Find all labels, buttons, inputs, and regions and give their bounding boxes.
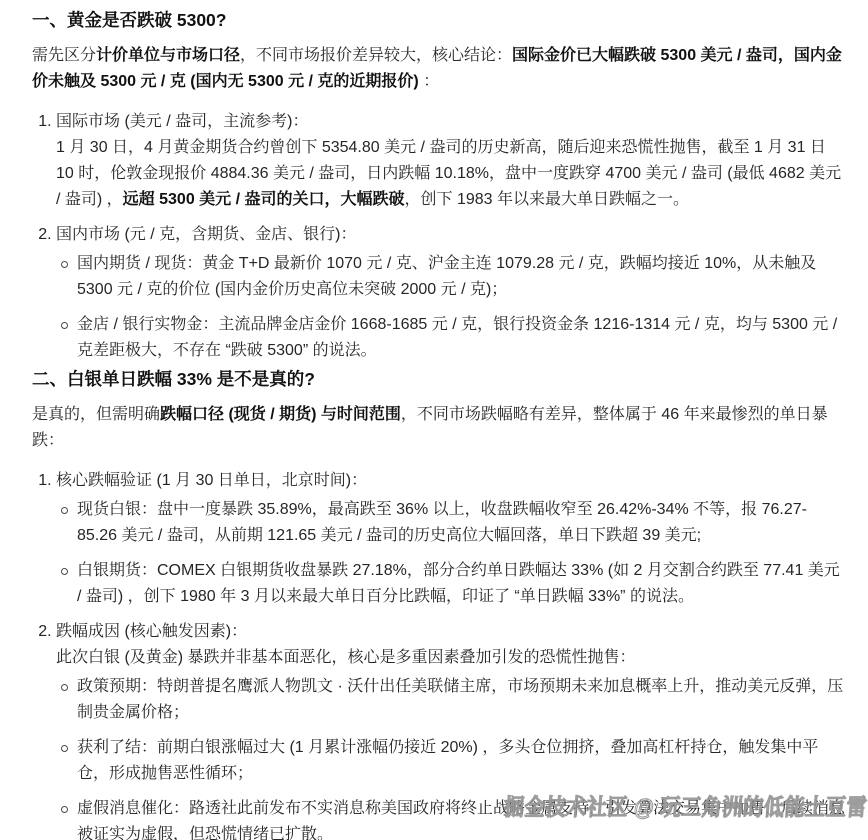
domestic-sub-list: 国内期货 / 现货：黄金 T+D 最新价 1070 元 / 克、沪金主连 107…: [56, 251, 845, 364]
list-item-domestic-market: 国内市场 (元 / 克，含期货、金店、银行)： 国内期货 / 现货：黄金 T+D…: [56, 222, 845, 364]
bold-text-run: 跌幅口径 (现货 / 期货) 与时间范围: [160, 406, 401, 423]
bullet-item-spot-silver: 现货白银：盘中一度暴跌 35.89%，最高跌至 36% 以上，收盘跌幅收窄至 2…: [59, 497, 845, 549]
bullet-item-fake-news: 虚假消息催化：路透社此前发布不实消息称美国政府将终止战略金属支持，引发算法交易集…: [59, 796, 845, 840]
text-run: ，不同市场报价差异较大，核心结论：: [240, 47, 512, 64]
silver-analysis-list: 核心跌幅验证 (1 月 30 日单日，北京时间)： 现货白银：盘中一度暴跌 35…: [32, 468, 845, 840]
gold-market-list: 国际市场 (美元 / 盎司，主流参考)： 1 月 30 日，4 月黄金期货合约曾…: [32, 109, 845, 364]
bold-text-run: 计价单位与市场口径: [96, 47, 240, 64]
bullet-item-policy-expectation: 政策预期：特朗普提名鹰派人物凯文 · 沃什出任美联储主席，市场预期未来加息概率上…: [59, 674, 845, 726]
bullet-item-domestic-futures: 国内期货 / 现货：黄金 T+D 最新价 1070 元 / 克、沪金主连 107…: [59, 251, 845, 303]
bold-text-run: 远超 5300 美元 / 盎司的关口，大幅跌破: [123, 191, 405, 208]
causes-sub-list: 政策预期：特朗普提名鹰派人物凯文 · 沃什出任美联储主席，市场预期未来加息概率上…: [56, 674, 845, 840]
list-item-title: 跌幅成因 (核心触发因素)：: [56, 619, 845, 645]
verification-sub-list: 现货白银：盘中一度暴跌 35.89%，最高跌至 36% 以上，收盘跌幅收窄至 2…: [56, 497, 845, 610]
answer-document: 一、黄金是否跌破 5300? 需先区分计价单位与市场口径，不同市场报价差异较大，…: [0, 0, 868, 840]
bullet-item-silver-futures: 白银期货：COMEX 白银期货收盘暴跌 27.18%，部分合约单日跌幅达 33%…: [59, 558, 845, 610]
list-item-body: 1 月 30 日，4 月黄金期货合约曾创下 5354.80 美元 / 盎司的历史…: [56, 139, 841, 208]
section-2-heading: 二、白银单日跌幅 33% 是不是真的?: [32, 367, 845, 392]
text-run: 是真的，但需明确: [32, 406, 160, 423]
list-item-international-market: 国际市场 (美元 / 盎司，主流参考)： 1 月 30 日，4 月黄金期货合约曾…: [56, 109, 845, 213]
bullet-item-gold-shops: 金店 / 银行实物金：主流品牌金店金价 1668-1685 元 / 克，银行投资…: [59, 312, 845, 364]
section-2-intro-paragraph: 是真的，但需明确跌幅口径 (现货 / 期货) 与时间范围，不同市场跌幅略有差异，…: [32, 402, 845, 454]
list-item-decline-verification: 核心跌幅验证 (1 月 30 日单日，北京时间)： 现货白银：盘中一度暴跌 35…: [56, 468, 845, 610]
section-1-intro-paragraph: 需先区分计价单位与市场口径，不同市场报价差异较大，核心结论：国际金价已大幅跌破 …: [32, 43, 845, 95]
list-item-decline-causes: 跌幅成因 (核心触发因素)： 此次白银 (及黄金) 暴跌并非基本面恶化，核心是多…: [56, 619, 845, 840]
bullet-item-profit-taking: 获利了结：前期白银涨幅过大 (1 月累计涨幅仍接近 20%) ，多头仓位拥挤，叠…: [59, 735, 845, 787]
list-item-subtitle: 此次白银 (及黄金) 暴跌并非基本面恶化，核心是多重因素叠加引发的恐慌性抛售：: [56, 645, 845, 671]
text-run: ，创下 1983 年以来最大单日跌幅之一。: [405, 191, 690, 208]
list-item-title: 国内市场 (元 / 克，含期货、金店、银行)：: [56, 222, 845, 248]
text-run: ：: [419, 73, 439, 90]
text-run: 需先区分: [32, 47, 96, 64]
list-item-title: 国际市场 (美元 / 盎司，主流参考)：: [56, 109, 845, 135]
section-1-heading: 一、黄金是否跌破 5300?: [32, 8, 845, 33]
list-item-title: 核心跌幅验证 (1 月 30 日单日，北京时间)：: [56, 468, 845, 494]
section-2: 二、白银单日跌幅 33% 是不是真的? 是真的，但需明确跌幅口径 (现货 / 期…: [32, 367, 845, 840]
